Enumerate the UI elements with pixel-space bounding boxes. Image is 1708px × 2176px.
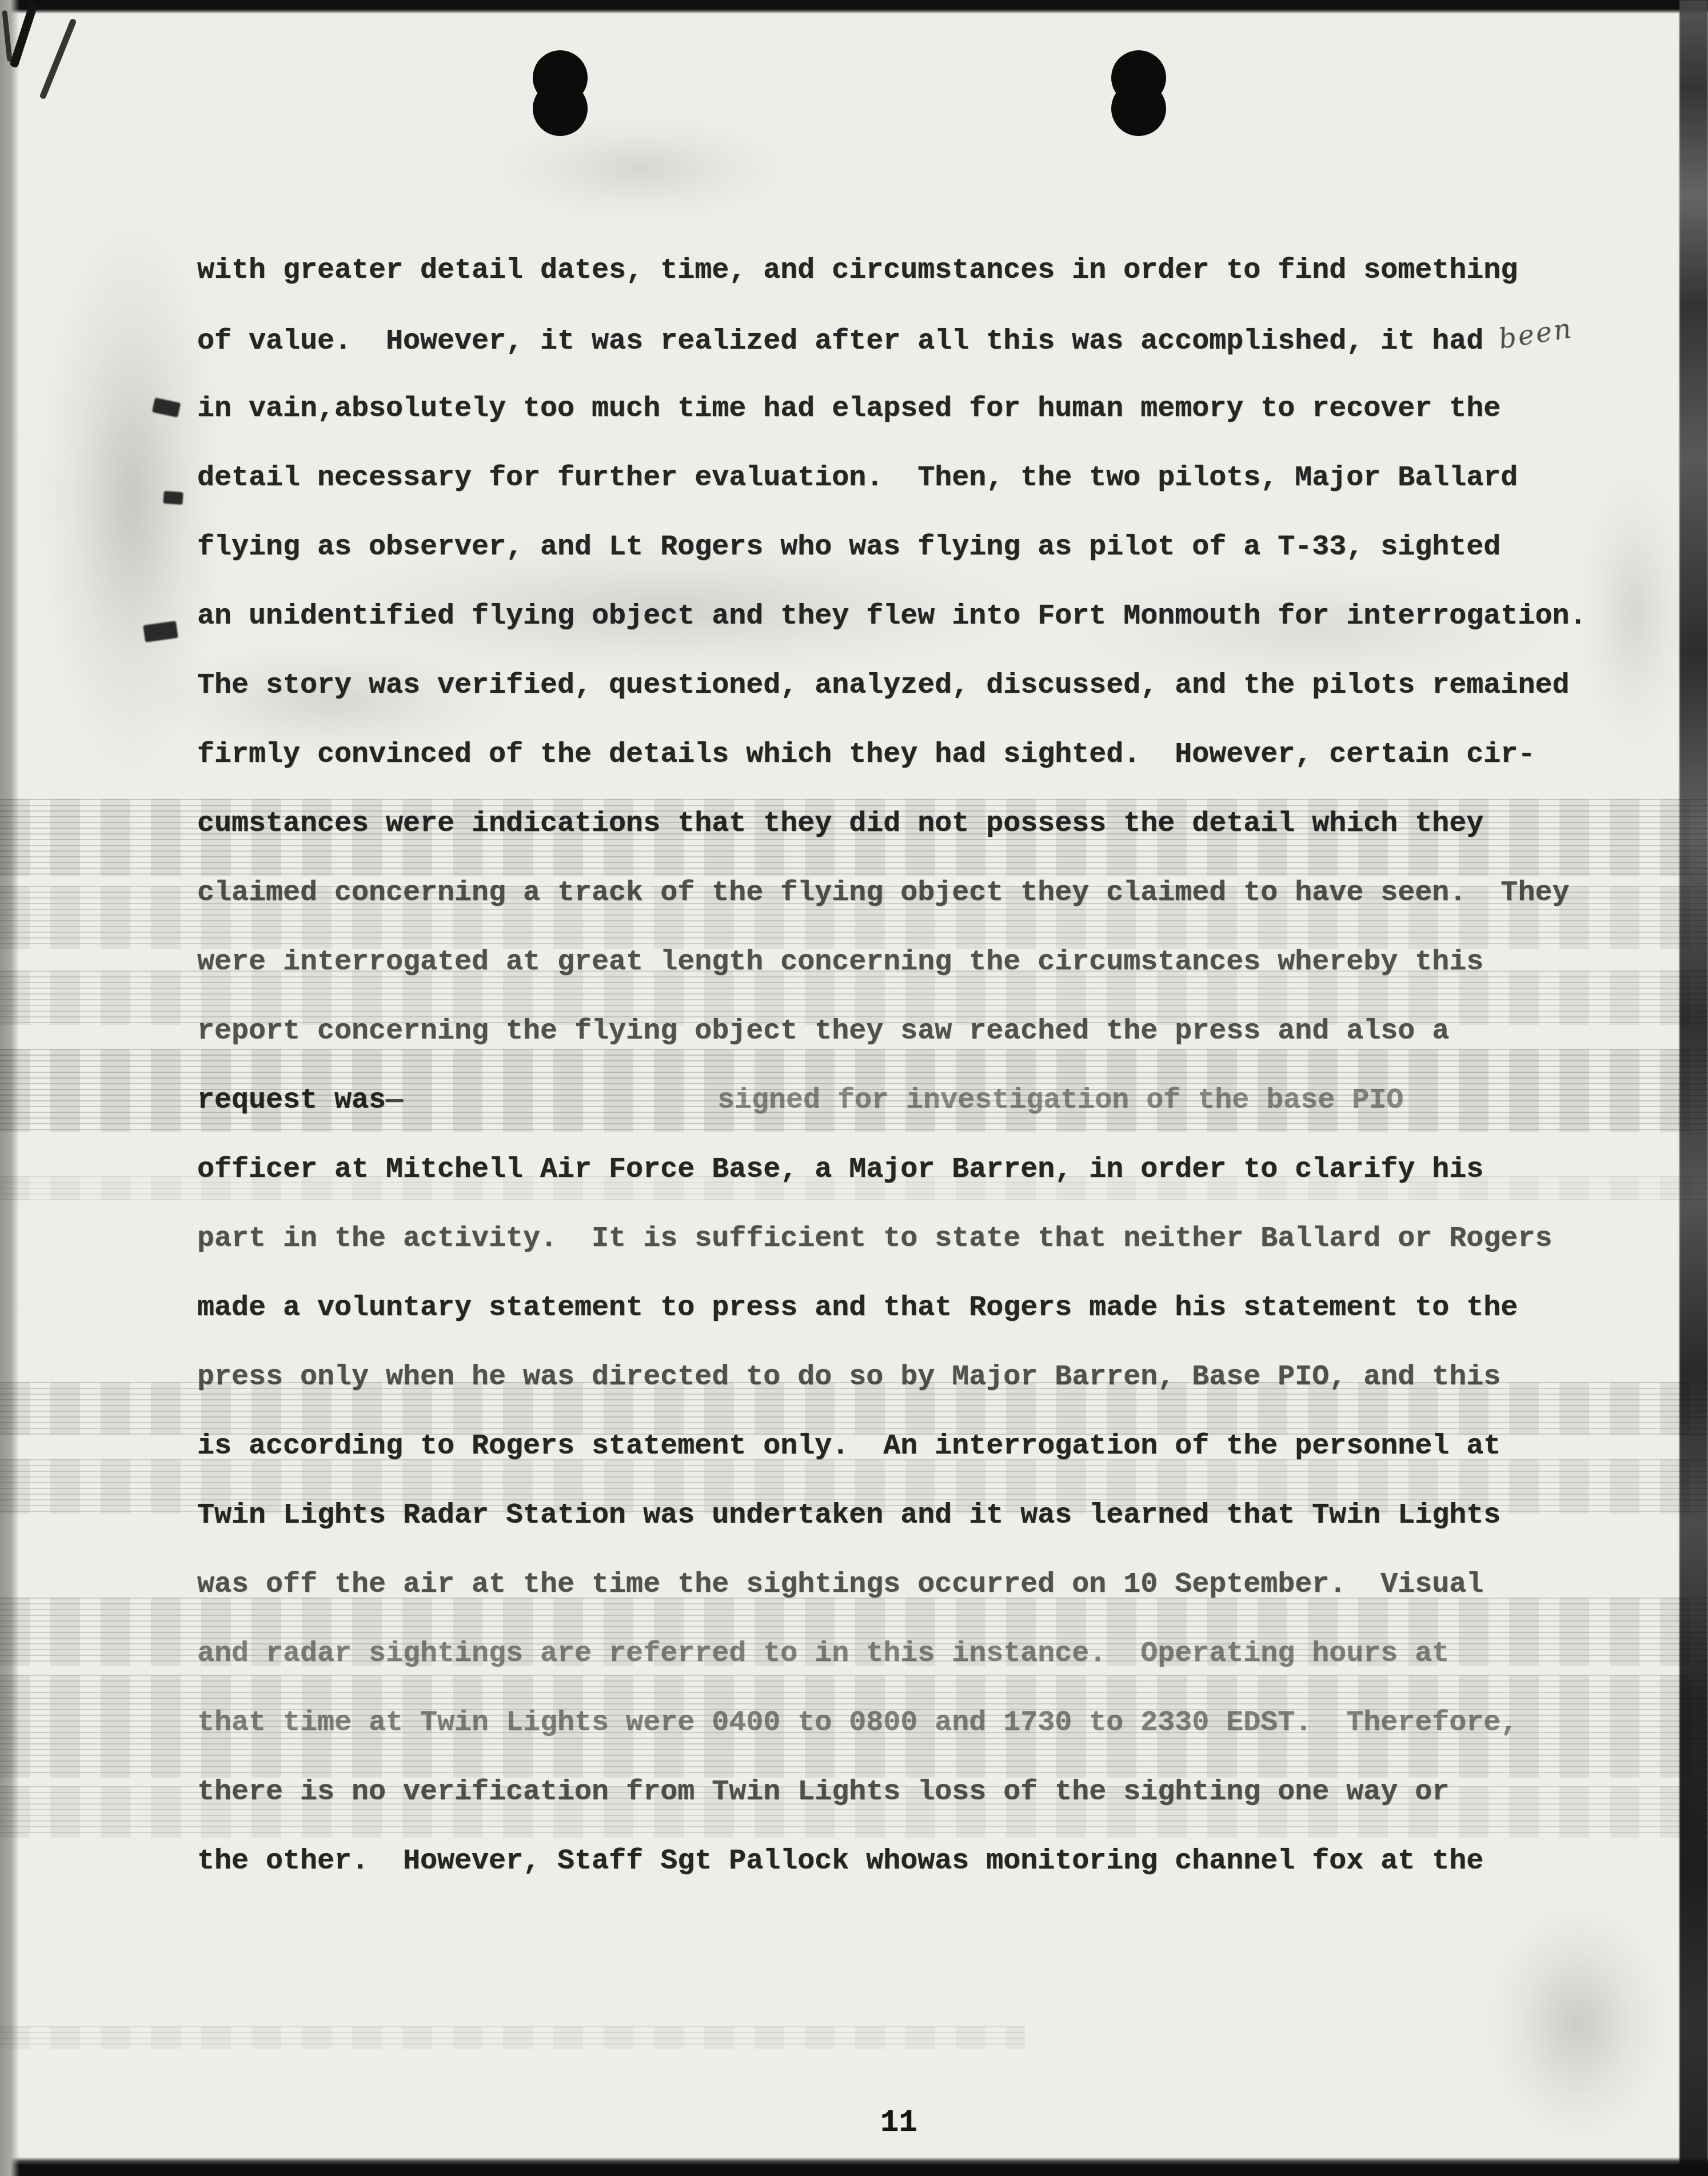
text-line: request was—signed for investigation of …: [197, 1084, 1626, 1153]
page-number: 11: [880, 2106, 917, 2141]
text-line: that time at Twin Lights were 0400 to 08…: [197, 1707, 1626, 1776]
ink-speck: [163, 491, 183, 505]
scan-edge-bottom: [0, 2157, 1708, 2176]
text-line: report concerning the flying object they…: [197, 1015, 1626, 1084]
copier-streak-band: [0, 2026, 1025, 2049]
text-line: an unidentified flying object and they f…: [197, 600, 1626, 669]
text-line: claimed concerning a track of the flying…: [197, 877, 1626, 946]
text-line: officer at Mitchell Air Force Base, a Ma…: [197, 1153, 1626, 1223]
text-line: of value. However, it was realized after…: [197, 324, 1626, 393]
scan-edge-top: [0, 0, 1708, 14]
text-line: detail necessary for further evaluation.…: [197, 462, 1626, 531]
text-line: made a voluntary statement to press and …: [197, 1292, 1626, 1361]
toner-smudge: [1486, 1903, 1669, 2143]
text-line-typed: request was: [197, 1084, 386, 1117]
text-line-typed: of value. However, it was realized after…: [197, 325, 1483, 358]
text-line: press only when he was directed to do so…: [197, 1361, 1626, 1430]
text-line: is according to Rogers statement only. A…: [197, 1430, 1626, 1499]
text-line: was off the air at the time the sighting…: [197, 1568, 1626, 1638]
text-line: with greater detail dates, time, and cir…: [197, 254, 1626, 324]
text-line: the other. However, Staff Sgt Pallock wh…: [197, 1845, 1626, 1914]
text-line: were interrogated at great length concer…: [197, 946, 1626, 1015]
toner-smudge: [492, 114, 789, 223]
text-line: cumstances were indications that they di…: [197, 808, 1626, 877]
corner-pen-mark: [39, 18, 77, 99]
text-line-faded: signed for investigation of the base PIO: [717, 1084, 1403, 1117]
text-line: in vain,absolutely too much time had ela…: [197, 393, 1626, 462]
hole-punch-mark: [1111, 50, 1166, 136]
text-line: Twin Lights Radar Station was undertaken…: [197, 1499, 1626, 1568]
text-line: there is no verification from Twin Light…: [197, 1776, 1626, 1845]
text-line: and radar sightings are referred to in t…: [197, 1638, 1626, 1707]
document-body: with greater detail dates, time, and cir…: [197, 254, 1626, 1914]
text-line: The story was verified, questioned, anal…: [197, 669, 1626, 738]
typed-dash-gap: —: [386, 1084, 717, 1117]
text-line: flying as observer, and Lt Rogers who wa…: [197, 531, 1626, 600]
text-line: part in the activity. It is sufficient t…: [197, 1223, 1626, 1292]
text-line: firmly convinced of the details which th…: [197, 738, 1626, 808]
scanned-document-page: with greater detail dates, time, and cir…: [0, 0, 1708, 2176]
